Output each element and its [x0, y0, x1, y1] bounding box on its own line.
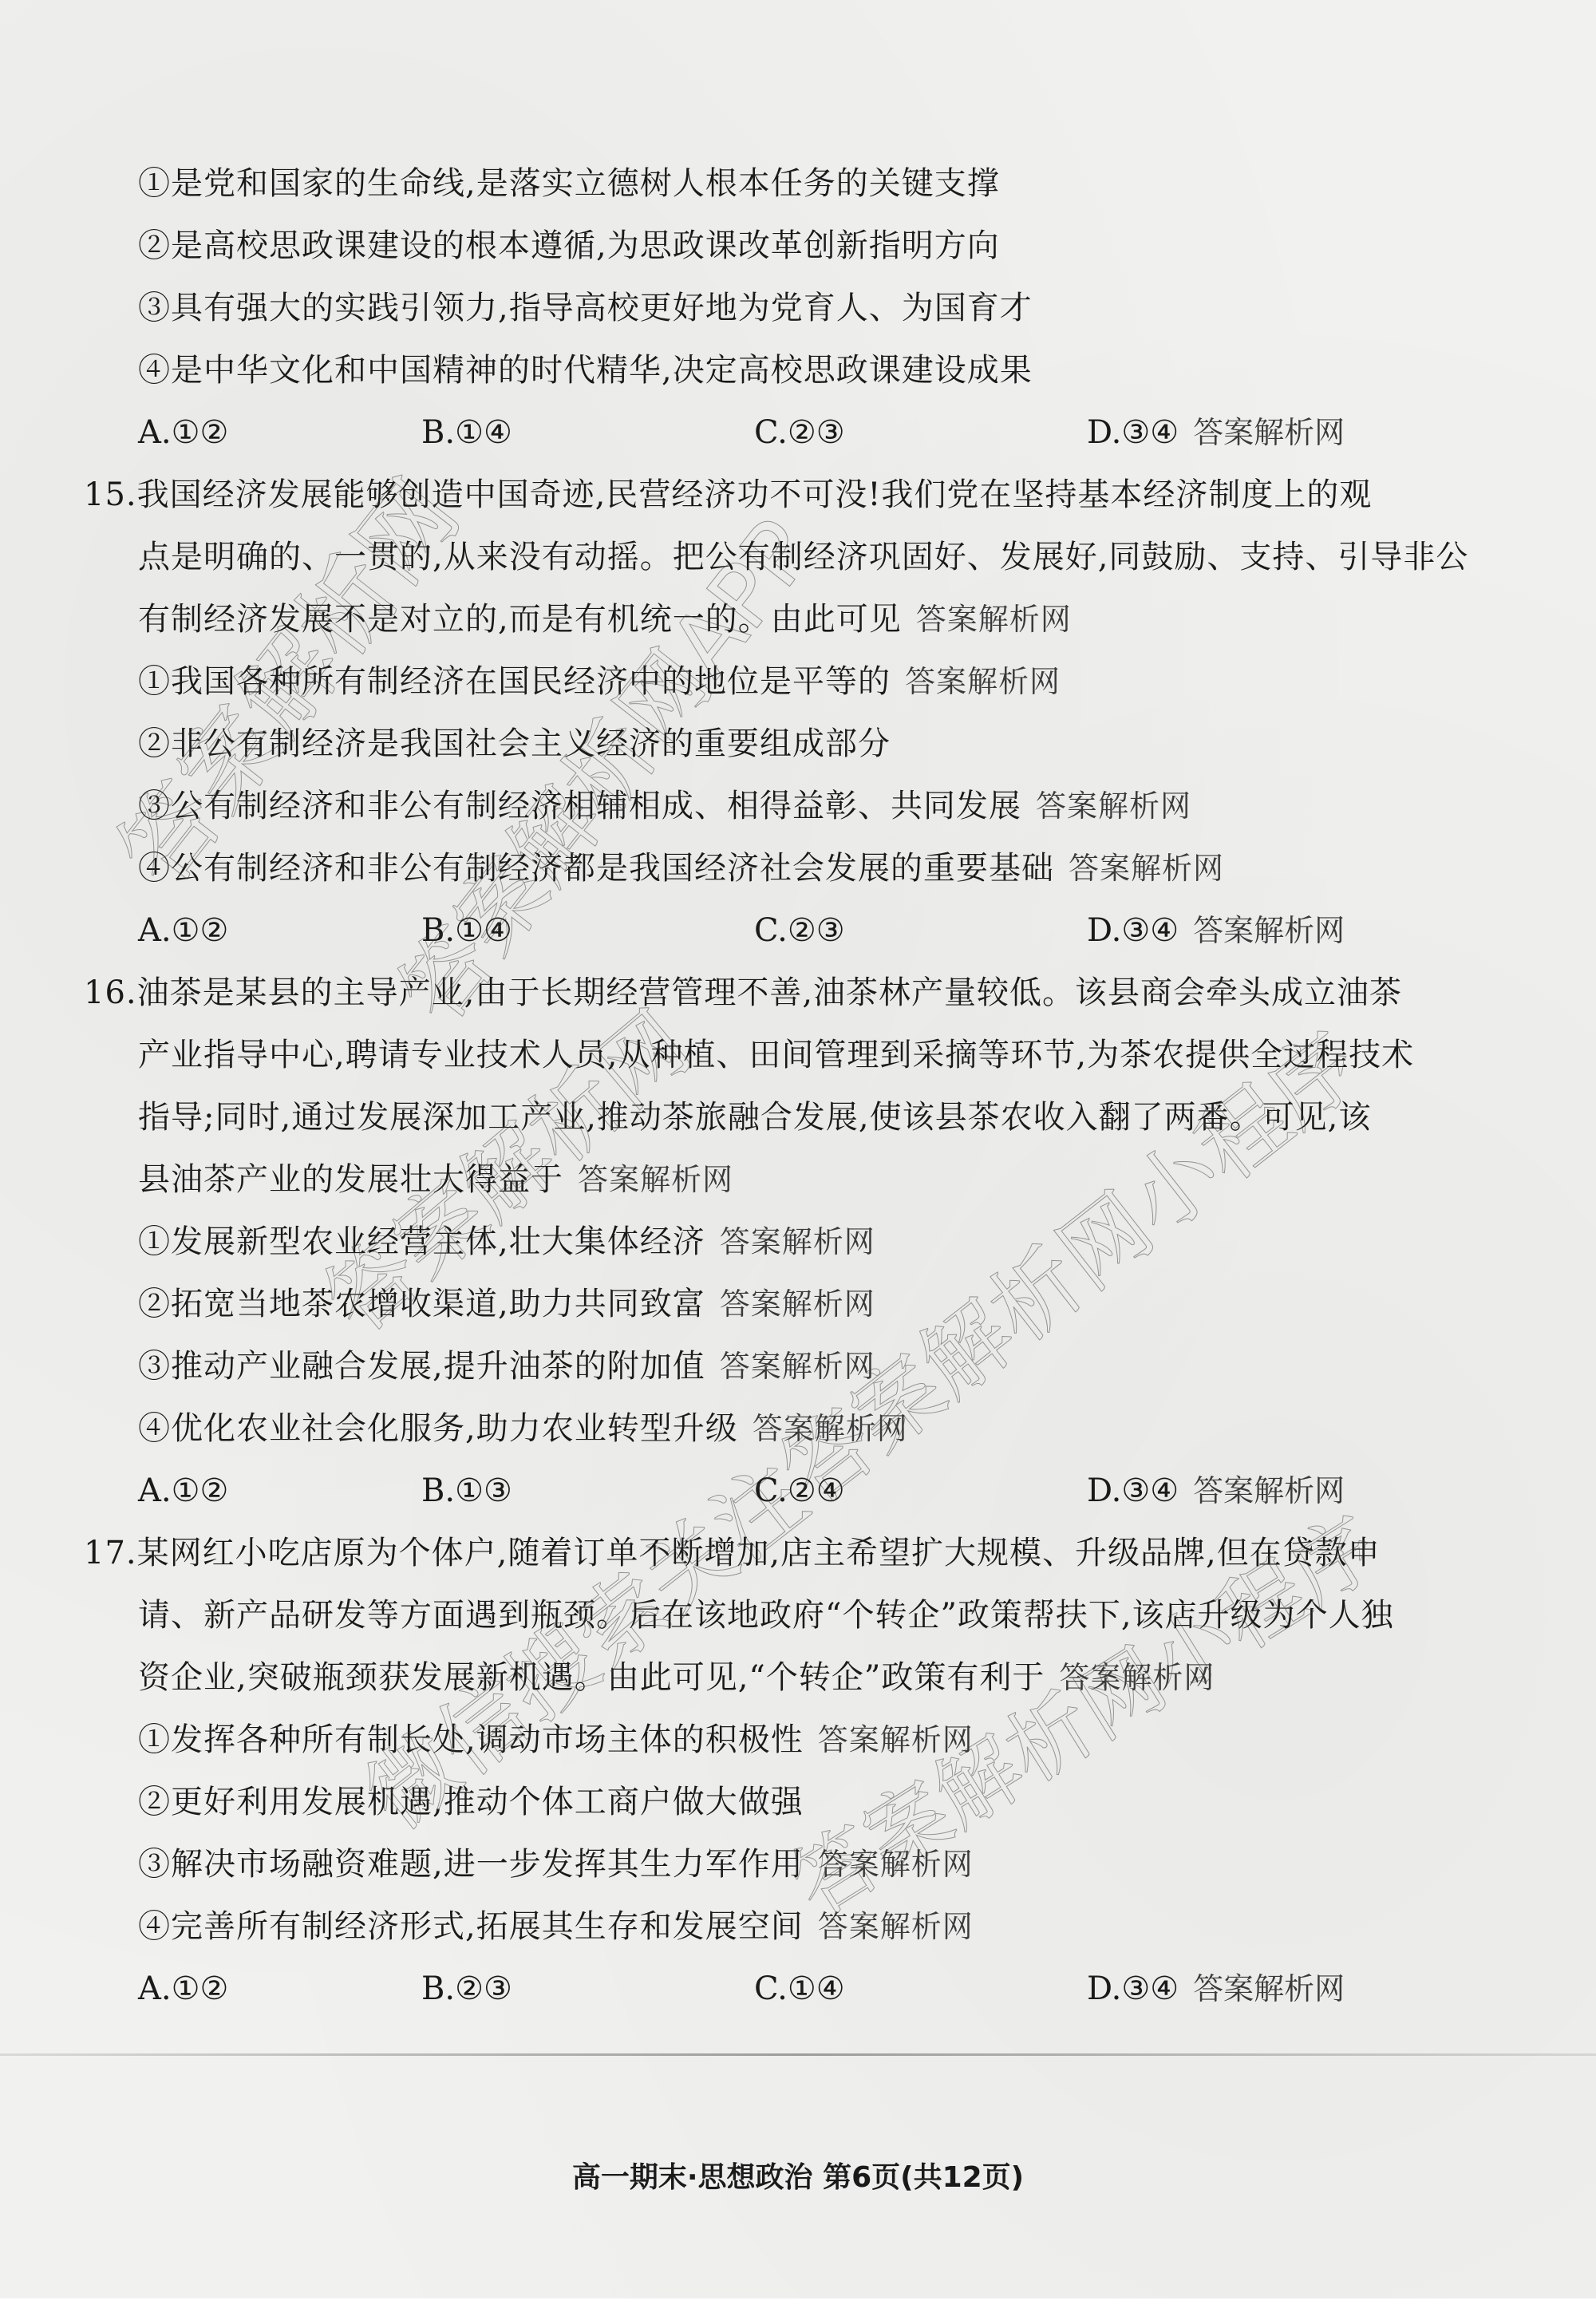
inline-watermark: 答案解析网 [916, 602, 1072, 637]
page-divider [0, 2053, 1596, 2056]
q17-option-a[interactable]: A.①② [138, 1970, 228, 2008]
inline-watermark: 答案解析网 [1193, 1971, 1345, 2006]
inline-watermark: 答案解析网 [1069, 851, 1224, 886]
page-bottom-margin [0, 2298, 1596, 2324]
q15-item-4: ④公有制经济和非公有制经济都是我国经济社会发展的重要基础答案解析网 [138, 849, 1224, 887]
q14-option-d[interactable]: D.③④答案解析网 [1087, 413, 1345, 452]
q16-stem-line-1: 16.油茶是某县的主导产业,由于长期经营管理不善,油茶林产量较低。该县商会牵头成… [84, 974, 1402, 1012]
q15-item-3: ③公有制经济和非公有制经济相辅相成、相得益彰、共同发展答案解析网 [138, 787, 1191, 825]
q14-option-d-label: D.③④ [1087, 414, 1179, 451]
q14-option-a[interactable]: A.①② [138, 413, 228, 452]
q16-option-b[interactable]: B.①③ [421, 1472, 512, 1510]
q15-option-d-label: D.③④ [1087, 912, 1179, 949]
inline-watermark: 答案解析网 [720, 1286, 875, 1322]
q14-item-4: ④是中华文化和中国精神的时代精华,决定高校思政课建设成果 [138, 351, 1033, 389]
q17-option-d-label: D.③④ [1087, 1970, 1179, 2007]
q16-item-4-text: ④优化农业社会化服务,助力农业转型升级 [138, 1410, 738, 1447]
q14-option-b[interactable]: B.①④ [421, 413, 512, 452]
q15-option-d[interactable]: D.③④答案解析网 [1087, 911, 1345, 950]
q15-option-a[interactable]: A.①② [138, 911, 228, 950]
page-footer: 高一期末·思想政治 第6页(共12页) [0, 2155, 1596, 2196]
q14-item-1: ①是党和国家的生命线,是落实立德树人根本任务的关键支撑 [138, 164, 1000, 203]
q15-option-c[interactable]: C.②③ [754, 911, 845, 950]
q16-option-d-label: D.③④ [1087, 1472, 1179, 1509]
q14-item-2: ②是高校思政课建设的根本遵循,为思政课改革创新指明方向 [138, 227, 1000, 265]
inline-watermark: 答案解析网 [1193, 913, 1345, 948]
q17-item-3-text: ③解决市场融资难题,进一步发挥其生力军作用 [138, 1846, 804, 1883]
q16-option-a[interactable]: A.①② [138, 1472, 228, 1510]
q16-item-3-text: ③推动产业融合发展,提升油茶的附加值 [138, 1348, 705, 1385]
q16-item-2: ②拓宽当地茶农增收渠道,助力共同致富答案解析网 [138, 1285, 875, 1323]
exam-page [0, 0, 1596, 2298]
q16-item-3: ③推动产业融合发展,提升油茶的附加值答案解析网 [138, 1347, 875, 1385]
q17-item-4-text: ④完善所有制经济形式,拓展其生存和发展空间 [138, 1908, 804, 1945]
q14-item-3: ③具有强大的实践引领力,指导高校更好地为党育人、为国育才 [138, 289, 1033, 327]
inline-watermark: 答案解析网 [1193, 415, 1345, 450]
inline-watermark: 答案解析网 [720, 1224, 875, 1259]
q17-option-b[interactable]: B.②③ [421, 1970, 512, 2008]
q14-option-c[interactable]: C.②③ [754, 413, 845, 452]
q17-option-d[interactable]: D.③④答案解析网 [1087, 1970, 1345, 2008]
inline-watermark: 答案解析网 [578, 1162, 733, 1197]
q17-option-c[interactable]: C.①④ [754, 1970, 845, 2008]
inline-watermark: 答案解析网 [1036, 788, 1191, 824]
inline-watermark: 答案解析网 [905, 664, 1061, 699]
